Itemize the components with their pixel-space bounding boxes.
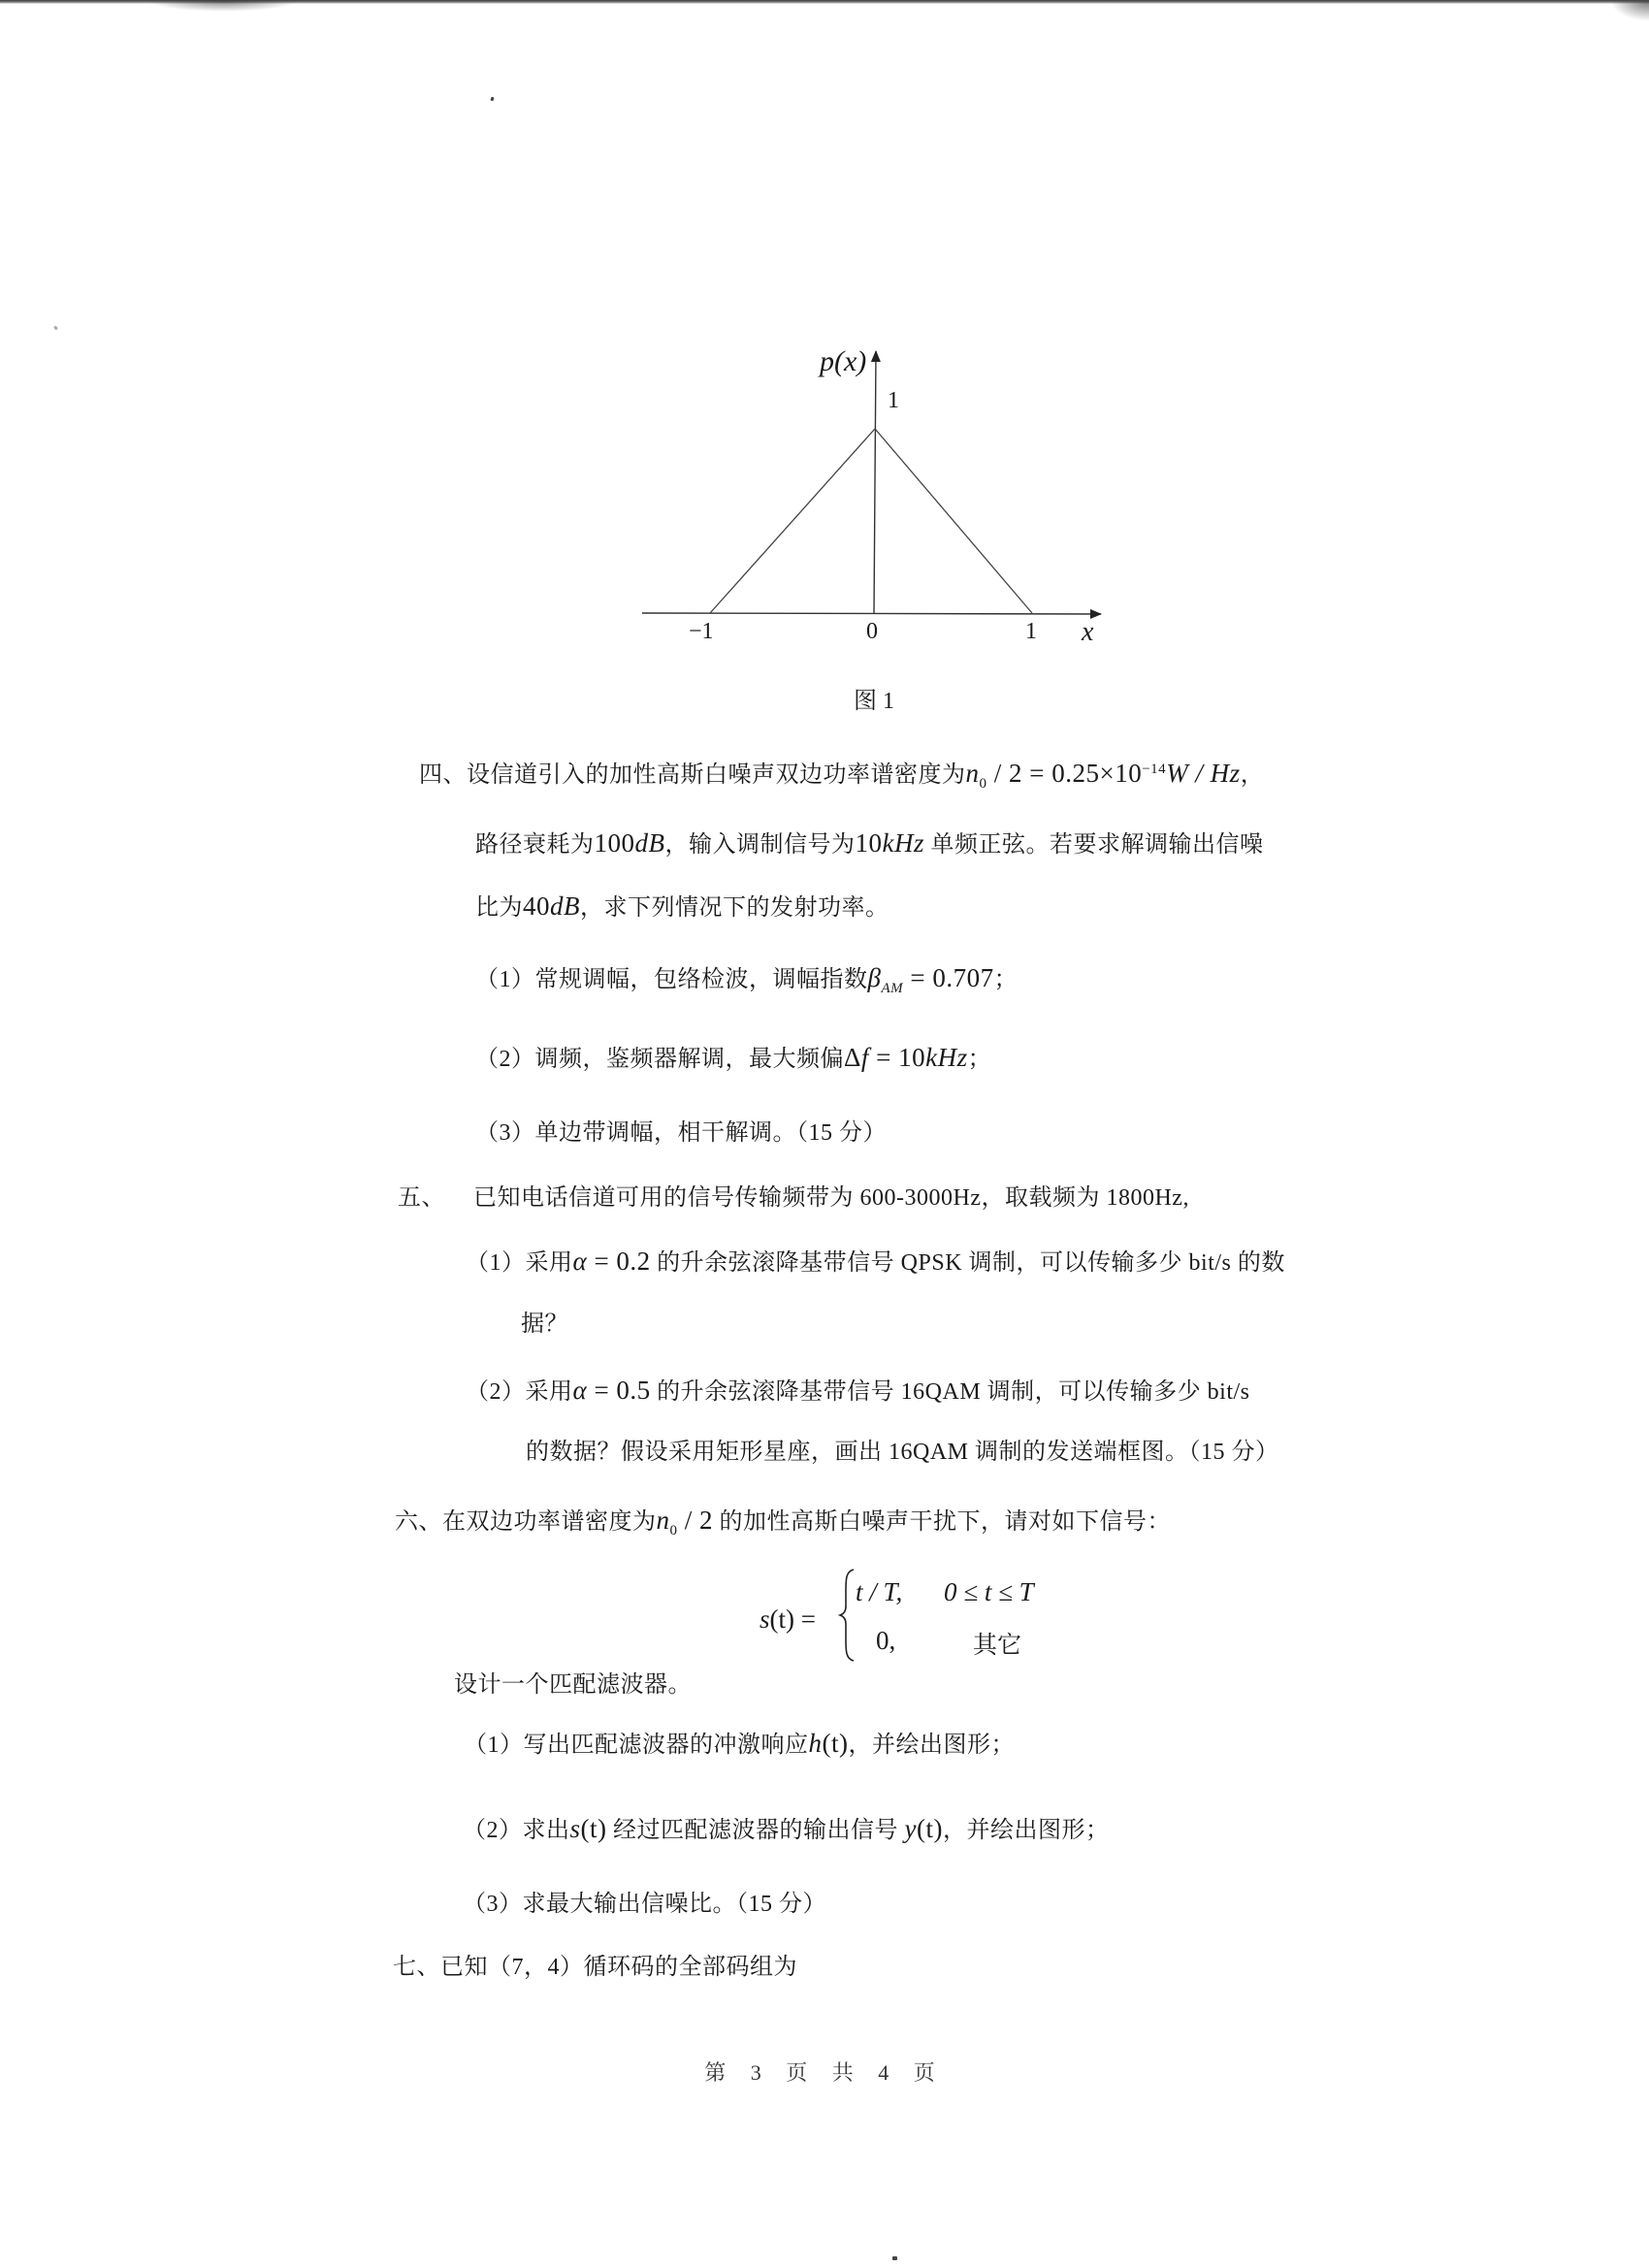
question-number: 五、 bbox=[398, 1183, 473, 1213]
figure-1-triangle-pdf: p(x) 1 −1 0 1 x bbox=[621, 330, 1125, 640]
case2-condition: 其它 bbox=[973, 1626, 1021, 1661]
q4-line1: 四、设信道引入的加性高斯白噪声双边功率谱密度为n0 / 2 = 0.25×10−… bbox=[419, 755, 1264, 798]
peak-value-label: 1 bbox=[888, 388, 899, 414]
piecewise-signal-equation: s(t) = t / T, 0 ≤ t ≤ T 0, 其它 bbox=[757, 1566, 1106, 1667]
scan-smudge bbox=[1610, 0, 1649, 21]
scan-smudge bbox=[145, 0, 301, 12]
q4-sub2: （2）调频，鉴频器解调，最大频偏Δf = 10kHz； bbox=[475, 1043, 991, 1074]
q6-line1: 六、在双边功率谱密度为n0 / 2 的加性高斯白噪声干扰下，请对如下信号： bbox=[395, 1506, 1171, 1545]
q5-sub2-cont: 的数据？假设采用矩形星座，画出 16QAM 调制的发送端框图。（15 分） bbox=[526, 1438, 1279, 1467]
triangle-curve bbox=[710, 429, 1032, 613]
q4-sub1: （1）常规调幅，包络检波，调幅指数βAM = 0.707； bbox=[475, 963, 1018, 1003]
scan-speck bbox=[53, 326, 58, 331]
q6-sub3: （3）求最大输出信噪比。（15 分） bbox=[463, 1890, 826, 1919]
scan-speck bbox=[892, 2256, 897, 2260]
q4-line2: 路径衰耗为100dB，输入调制信号为10kHz 单频正弦。若要求解调输出信噪 bbox=[475, 828, 1264, 859]
tick-1: 1 bbox=[1025, 619, 1037, 645]
figure-caption: 图 1 bbox=[854, 681, 894, 715]
x-axis-label: x bbox=[1082, 617, 1093, 648]
question-number: 六、 bbox=[395, 1509, 442, 1535]
q5-sub2: （2）采用α = 0.5 的升余弦滚降基带信号 16QAM 调制，可以传输多少 … bbox=[466, 1376, 1250, 1407]
left-brace-icon bbox=[838, 1568, 857, 1663]
tick-0: 0 bbox=[866, 619, 878, 645]
q5-sub1: （1）采用α = 0.2 的升余弦滚降基带信号 QPSK 调制，可以传输多少 b… bbox=[466, 1247, 1285, 1278]
q5-sub1-cont: 据？ bbox=[521, 1310, 568, 1339]
case2-expr: 0, bbox=[876, 1626, 895, 1656]
q4-line3: 比为40dB，求下列情况下的发射功率。 bbox=[475, 891, 889, 923]
page-number-footer: 第 3 页 共 4 页 bbox=[0, 2057, 1649, 2087]
q7-line1: 七、已知（7，4）循环码的全部码组为 bbox=[393, 1953, 797, 1982]
question-number: 七、 bbox=[393, 1955, 440, 1980]
y-axis bbox=[874, 351, 876, 613]
triangle-pdf-plot bbox=[621, 330, 1125, 640]
y-axis-label: p(x) bbox=[820, 345, 866, 378]
tick-neg1: −1 bbox=[689, 619, 714, 645]
q4-sub3: （3）单边带调幅，相干解调。（15 分） bbox=[475, 1118, 887, 1148]
case1-expr: t / T, bbox=[856, 1577, 902, 1607]
q5-line1: 五、已知电话信道可用的信号传输频带为 600-3000Hz，取载频为 1800H… bbox=[398, 1183, 1189, 1213]
q6-sub2: （2）求出s(t) 经过匹配滤波器的输出信号 y(t)，并绘出图形； bbox=[463, 1814, 1109, 1845]
q6-sub1: （1）写出匹配滤波器的冲激响应h(t)，并绘出图形； bbox=[464, 1729, 1015, 1760]
scan-speck bbox=[490, 97, 494, 102]
x-axis bbox=[642, 613, 1101, 614]
case1-condition: 0 ≤ t ≤ T bbox=[944, 1577, 1034, 1607]
equation-lhs: s(t) = bbox=[760, 1604, 816, 1636]
question-number: 四、 bbox=[419, 762, 467, 788]
q6-design: 设计一个匹配滤波器。 bbox=[454, 1670, 692, 1700]
